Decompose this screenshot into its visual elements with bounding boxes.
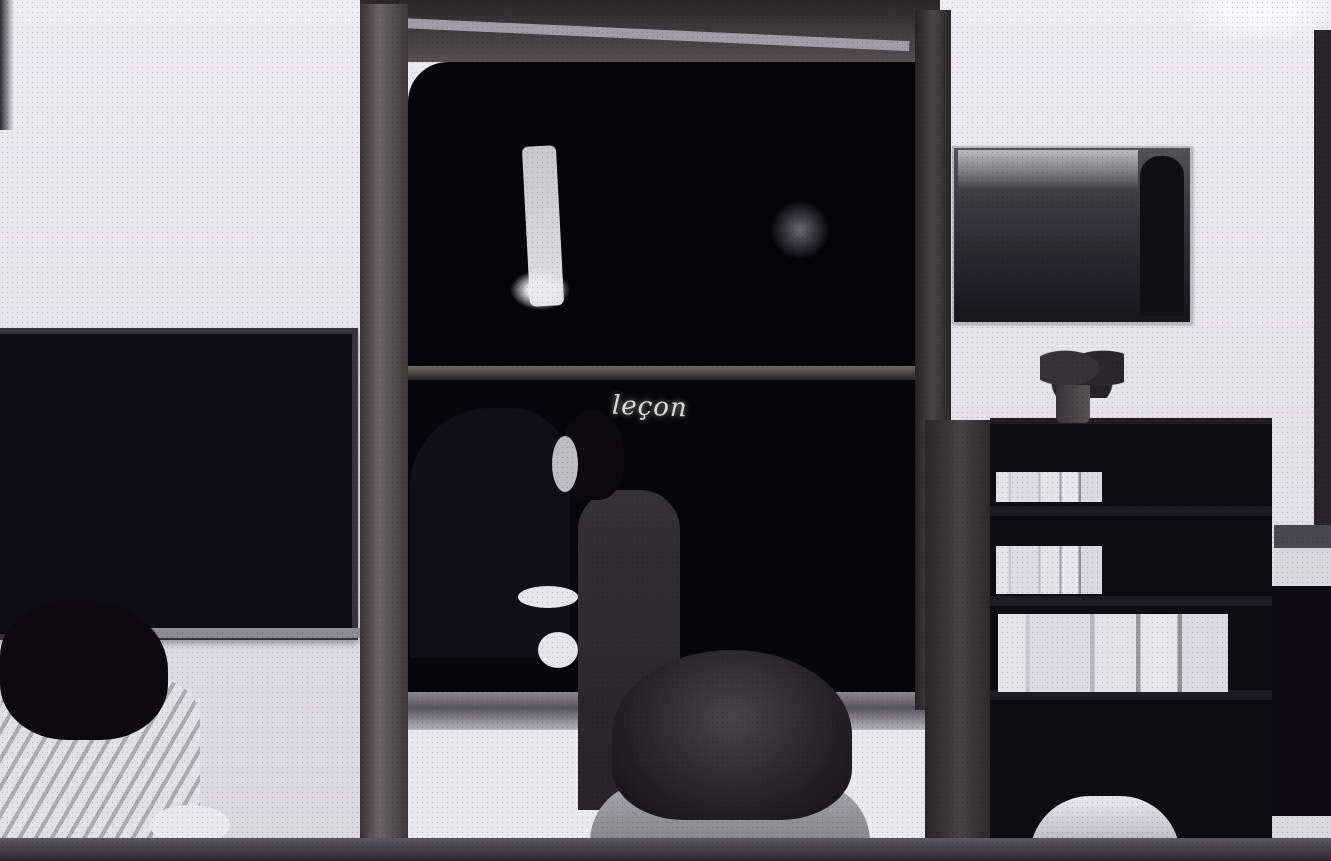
picture-tree — [1140, 156, 1184, 316]
chalk-smudge — [770, 200, 830, 260]
books-row — [996, 472, 1102, 502]
right-ledge — [1274, 525, 1331, 549]
desk-row — [0, 838, 1331, 861]
right-wall-strip — [1314, 30, 1331, 590]
teacher-face — [552, 436, 578, 492]
classroom-photo: leçon — [0, 0, 1331, 861]
student-left-hair — [0, 600, 168, 740]
books-row — [996, 546, 1102, 594]
chalk-drawing-foot — [510, 270, 570, 310]
left-chalkboard — [0, 328, 358, 640]
right-counter — [1274, 548, 1331, 586]
chalk-ledge — [408, 366, 918, 380]
right-cabinet — [1270, 586, 1331, 816]
picture-sky — [958, 150, 1138, 190]
teacher-hand — [518, 586, 578, 608]
left-chalkboard-tray — [150, 628, 360, 638]
left-wall-edge — [0, 0, 14, 130]
books-row — [998, 614, 1228, 692]
bookshelf-post — [925, 420, 997, 840]
shelf-board — [990, 506, 1272, 516]
shelf-board — [990, 596, 1272, 606]
chalk-word: leçon — [611, 391, 688, 424]
upper-chalkboard — [408, 62, 918, 374]
board-frame-left-post — [360, 4, 408, 844]
plant-pot — [1056, 385, 1090, 423]
board-arch-shadow — [410, 408, 570, 658]
student-center-head — [612, 650, 852, 820]
teacher-hand — [538, 632, 578, 668]
ceiling-glare — [1180, 0, 1331, 40]
